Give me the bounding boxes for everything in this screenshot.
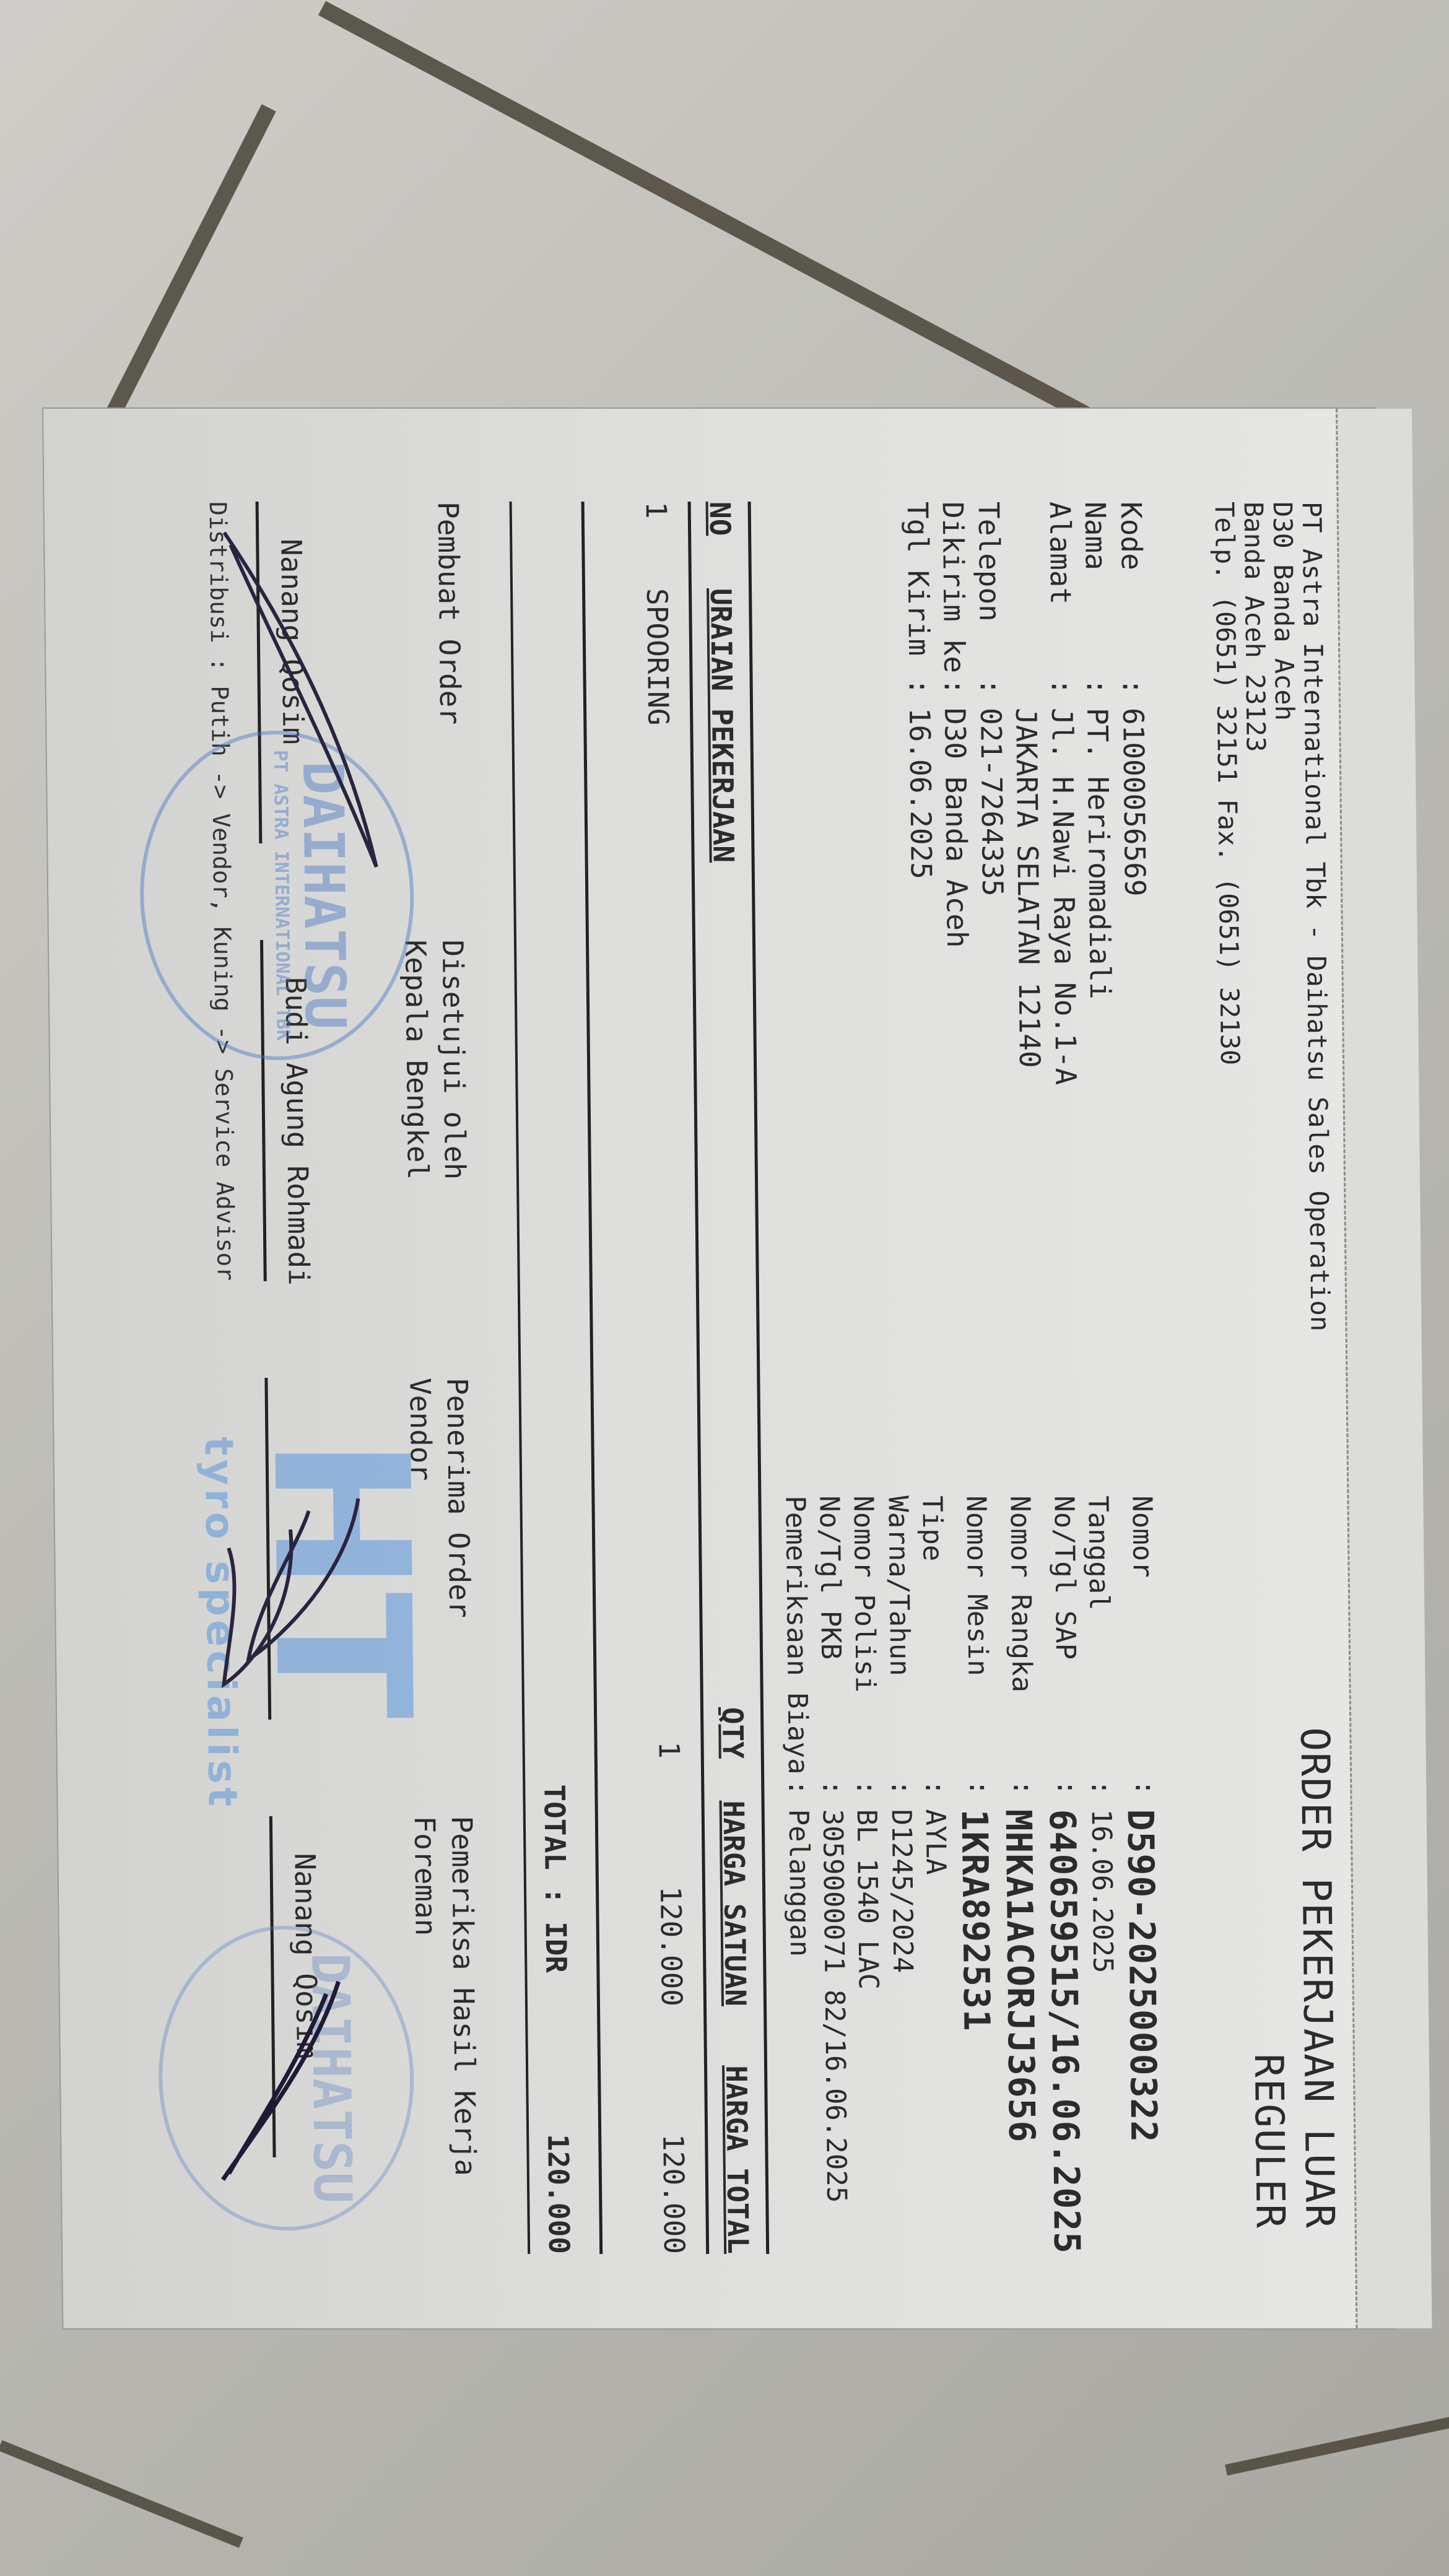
- value-rangka: MHKA1ACORJJ3656: [998, 1809, 1043, 2254]
- value-tgl-kirim: 16.06.2025: [903, 708, 939, 1085]
- label-tgl-kirim: Tgl Kirim: [901, 502, 934, 673]
- value-kode: 61000056569: [1117, 708, 1153, 1085]
- label-tanggal: Tanggal: [1082, 1495, 1116, 1774]
- document-title: ORDER PEKERJAAN LUAR REGULER: [1240, 1727, 1344, 2229]
- value-dikirim: D30 Banda Aceh: [939, 708, 975, 1085]
- value-tipe: AYLA: [920, 1809, 955, 2254]
- signature-scribble: [197, 1474, 385, 1721]
- label-pkb: No/Tgl PKB: [814, 1495, 847, 1774]
- cell-harga-total: 120.000: [656, 2006, 690, 2254]
- signature-scribble: [214, 1969, 365, 2192]
- document-photo: PT Astra International Tbk - Daihatsu Sa…: [12, 409, 1399, 2328]
- value-telepon: 021-7264335: [974, 708, 1010, 1085]
- cell-no: 1: [640, 502, 672, 588]
- value-tanggal: 16.06.2025: [1086, 1809, 1121, 2254]
- header-uraian: URAIAN PEKERJAAN: [704, 588, 747, 1598]
- label-nomor: Nomor: [1116, 1495, 1160, 1774]
- work-order-paper: PT Astra International Tbk - Daihatsu Sa…: [43, 409, 1395, 2328]
- branch-name: D30 Banda Aceh: [1268, 502, 1300, 721]
- signature-scribble: [199, 520, 389, 892]
- title-line-1: ORDER PEKERJAAN LUAR: [1289, 1727, 1344, 2229]
- work-items-table: NO URAIAN PEKERJAAN QTY HARGA SATUAN HAR…: [581, 502, 769, 2254]
- label-tipe: Tipe: [916, 1495, 950, 1774]
- value-polisi: BL 1540 LAC: [851, 1809, 887, 2254]
- header-harga-total: HARGA TOTAL: [719, 2006, 754, 2254]
- vendor-info: Kode:61000056569 Nama:PT. Heriromadiali …: [769, 502, 1152, 1085]
- label-kode: Kode: [1115, 502, 1148, 673]
- label-mesin: Nomor Mesin: [951, 1495, 994, 1774]
- value-pkb: 3059000071 82/16.06.2025: [817, 1809, 853, 2254]
- order-info: Nomor:D590-2025000322 Tanggal:16.06.2025…: [780, 1495, 1165, 2254]
- label-pemeriksaan: Pemeriksaan Biaya: [780, 1495, 813, 1774]
- value-mesin: 1KRA892531: [954, 1809, 999, 2254]
- company-block: PT Astra International Tbk - Daihatsu Sa…: [1209, 502, 1334, 1331]
- total-label: TOTAL : IDR: [537, 1784, 572, 1973]
- signature-role-title: Kepala Bengkel: [396, 940, 438, 1378]
- value-nama: PT. Heriromadiali: [1081, 708, 1117, 1085]
- value-nomor: D590-2025000322: [1120, 1809, 1165, 2254]
- value-pemeriksaan: Pelanggan: [783, 1809, 818, 2254]
- label-polisi: Nomor Polisi: [848, 1495, 882, 1774]
- signature-role: Pemeriksa Hasil Kerja: [443, 1816, 484, 2255]
- signature-role-title: Foreman: [406, 1816, 447, 2255]
- value-sap: 640659515/16.06.2025: [1042, 1809, 1087, 2254]
- label-rangka: Nomor Rangka: [994, 1495, 1038, 1774]
- branch-city: Banda Aceh 23123: [1238, 502, 1271, 752]
- value-alamat-1: Jl. H.Nawi Raya No.1-A: [1046, 708, 1082, 1085]
- value-warna: D1245/2024: [885, 1809, 921, 2254]
- cell-uraian: SPOORING: [641, 588, 684, 1598]
- table-row: 1 SPOORING 1 120.000 120.000: [584, 502, 706, 2254]
- label-telepon: Telepon: [972, 502, 1006, 673]
- label-dikirim: Dikirim ke: [936, 502, 970, 673]
- label-alamat: Alamat: [1043, 502, 1077, 673]
- info-section: Kode:61000056569 Nama:PT. Heriromadiali …: [769, 502, 1165, 2254]
- cell-qty: 1: [651, 1598, 685, 1759]
- title-line-2: REGULER: [1240, 1727, 1294, 2229]
- label-sap: No/Tgl SAP: [1038, 1495, 1082, 1774]
- company-name: PT Astra International Tbk - Daihatsu Sa…: [1297, 502, 1336, 1331]
- cell-harga-satuan: 120.000: [653, 1759, 687, 2006]
- header-harga-satuan: HARGA SATUAN: [716, 1759, 751, 2006]
- value-alamat-2: JAKARTA SELATAN 12140: [1010, 708, 1046, 1085]
- header-no: NO: [703, 502, 736, 588]
- signature-role: Pembuat Order: [429, 502, 471, 940]
- branch-phone: Telp. (0651) 32151 Fax. (0651) 32130: [1209, 502, 1245, 1065]
- header-qty: QTY: [715, 1598, 748, 1759]
- signature-role: Disetujui oleh: [433, 940, 475, 1378]
- document-header: PT Astra International Tbk - Daihatsu Sa…: [1153, 502, 1357, 2254]
- label-nama: Nama: [1079, 502, 1113, 673]
- label-warna: Warna/Tahun: [882, 1495, 916, 1774]
- total-value: 120.000: [541, 2134, 575, 2254]
